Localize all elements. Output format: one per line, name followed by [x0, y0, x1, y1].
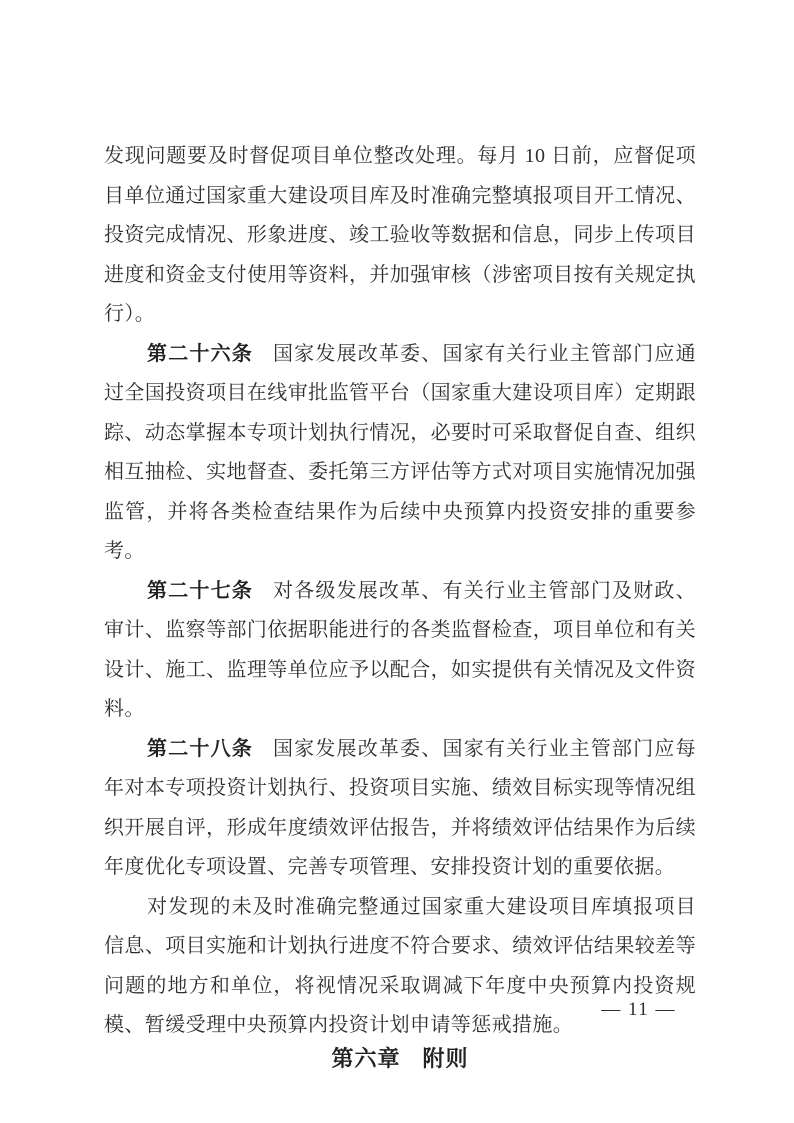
article-28-label: 第二十八条 — [147, 738, 253, 760]
paragraph-penalty-measures: 对发现的未及时准确完整通过国家重大建设项目库填报项目信息、项目实施和计划执行进度… — [104, 888, 696, 1046]
document-body: 发现问题要及时督促项目单位整改处理。每月 10 日前，应督促项目单位通过国家重大… — [104, 137, 696, 1075]
chapter-heading: 第六章附则 — [104, 1043, 696, 1075]
article-27-label: 第二十七条 — [147, 580, 253, 602]
paragraph-continuation: 发现问题要及时督促项目单位整改处理。每月 10 日前，应督促项目单位通过国家重大… — [104, 137, 696, 335]
chapter-heading-title: 附则 — [423, 1046, 469, 1071]
paragraph-article-27: 第二十七条对各级发展改革、有关行业主管部门及财政、审计、监察等部门依据职能进行的… — [104, 572, 696, 730]
paragraph-article-26: 第二十六条国家发展改革委、国家有关行业主管部门应通过全国投资项目在线审批监管平台… — [104, 335, 696, 572]
document-page: 发现问题要及时督促项目单位整改处理。每月 10 日前，应督促项目单位通过国家重大… — [0, 0, 794, 1123]
article-26-text: 国家发展改革委、国家有关行业主管部门应通过全国投资项目在线审批监管平台（国家重大… — [104, 343, 696, 563]
chapter-heading-number: 第六章 — [331, 1046, 400, 1071]
article-26-label: 第二十六条 — [147, 343, 253, 365]
paragraph-article-28: 第二十八条国家发展改革委、国家有关行业主管部门应每年对本专项投资计划执行、投资项… — [104, 730, 696, 888]
page-number: — 11 — — [601, 999, 676, 1021]
